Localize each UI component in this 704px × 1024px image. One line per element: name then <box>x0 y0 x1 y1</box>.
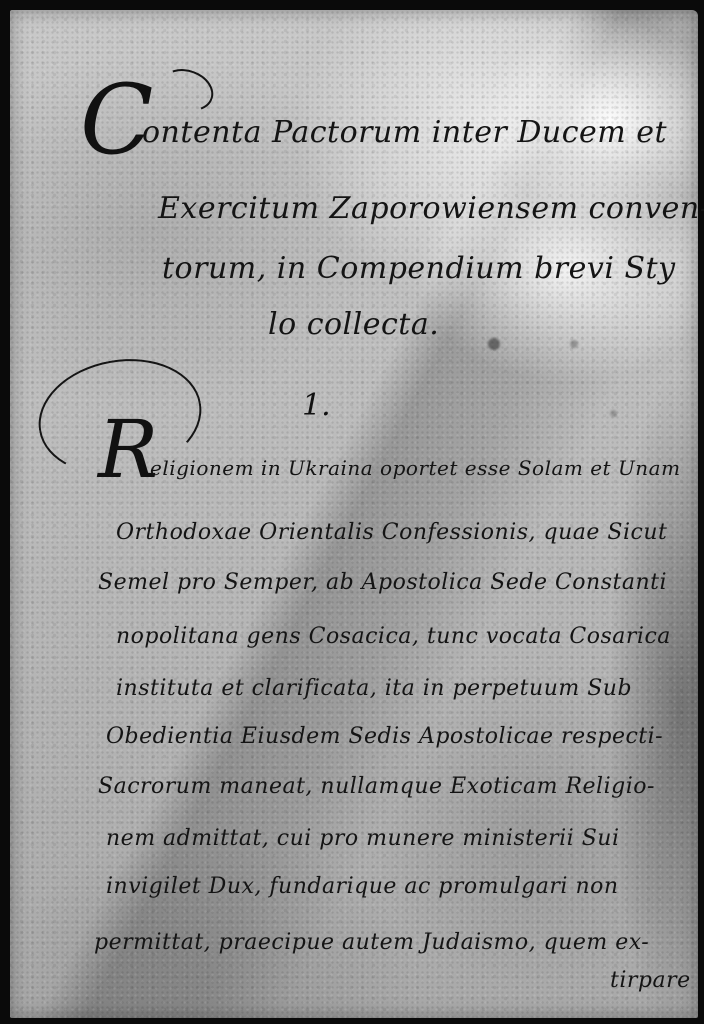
body-line-7: Sacrorum maneat, nullamque Exoticam Reli… <box>98 776 655 798</box>
body-line-10: permittat, praecipue autem Judaismo, que… <box>94 932 649 954</box>
body-line-1: eligionem in Ukraina oportet esse Solam … <box>150 458 681 478</box>
ink-stain <box>610 410 617 417</box>
body-line-6: Obedientia Eiusdem Sedis Apostolicae res… <box>106 726 663 748</box>
ink-stain <box>570 340 578 348</box>
body-line-5: instituta et clarificata, ita in perpetu… <box>116 678 632 700</box>
title-initial-flourish <box>155 62 219 118</box>
section-number: 1. <box>302 388 331 423</box>
title-line-2: Exercitum Zaporowiensem conven- <box>158 194 704 224</box>
ink-stain <box>488 338 500 350</box>
body-line-11: tirpare <box>610 970 691 992</box>
title-line-4: lo collecta. <box>268 310 439 340</box>
body-line-8: nem admittat, cui pro munere ministerii … <box>106 828 619 850</box>
title-line-1: ontenta Pactorum inter Ducem et <box>142 118 667 148</box>
body-line-4: nopolitana gens Cosacica, tunc vocata Co… <box>116 626 671 648</box>
body-line-9: invigilet Dux, fundarique ac promulgari … <box>106 876 619 898</box>
scan-border: C ontenta Pactorum inter Ducem et Exerci… <box>0 0 704 1024</box>
title-line-3: torum, in Compendium brevi Sty <box>162 254 676 284</box>
body-line-2: Orthodoxae Orientalis Confessionis, quae… <box>116 522 667 544</box>
body-line-3: Semel pro Semper, ab Apostolica Sede Con… <box>98 572 667 594</box>
manuscript-page: C ontenta Pactorum inter Ducem et Exerci… <box>10 10 698 1018</box>
